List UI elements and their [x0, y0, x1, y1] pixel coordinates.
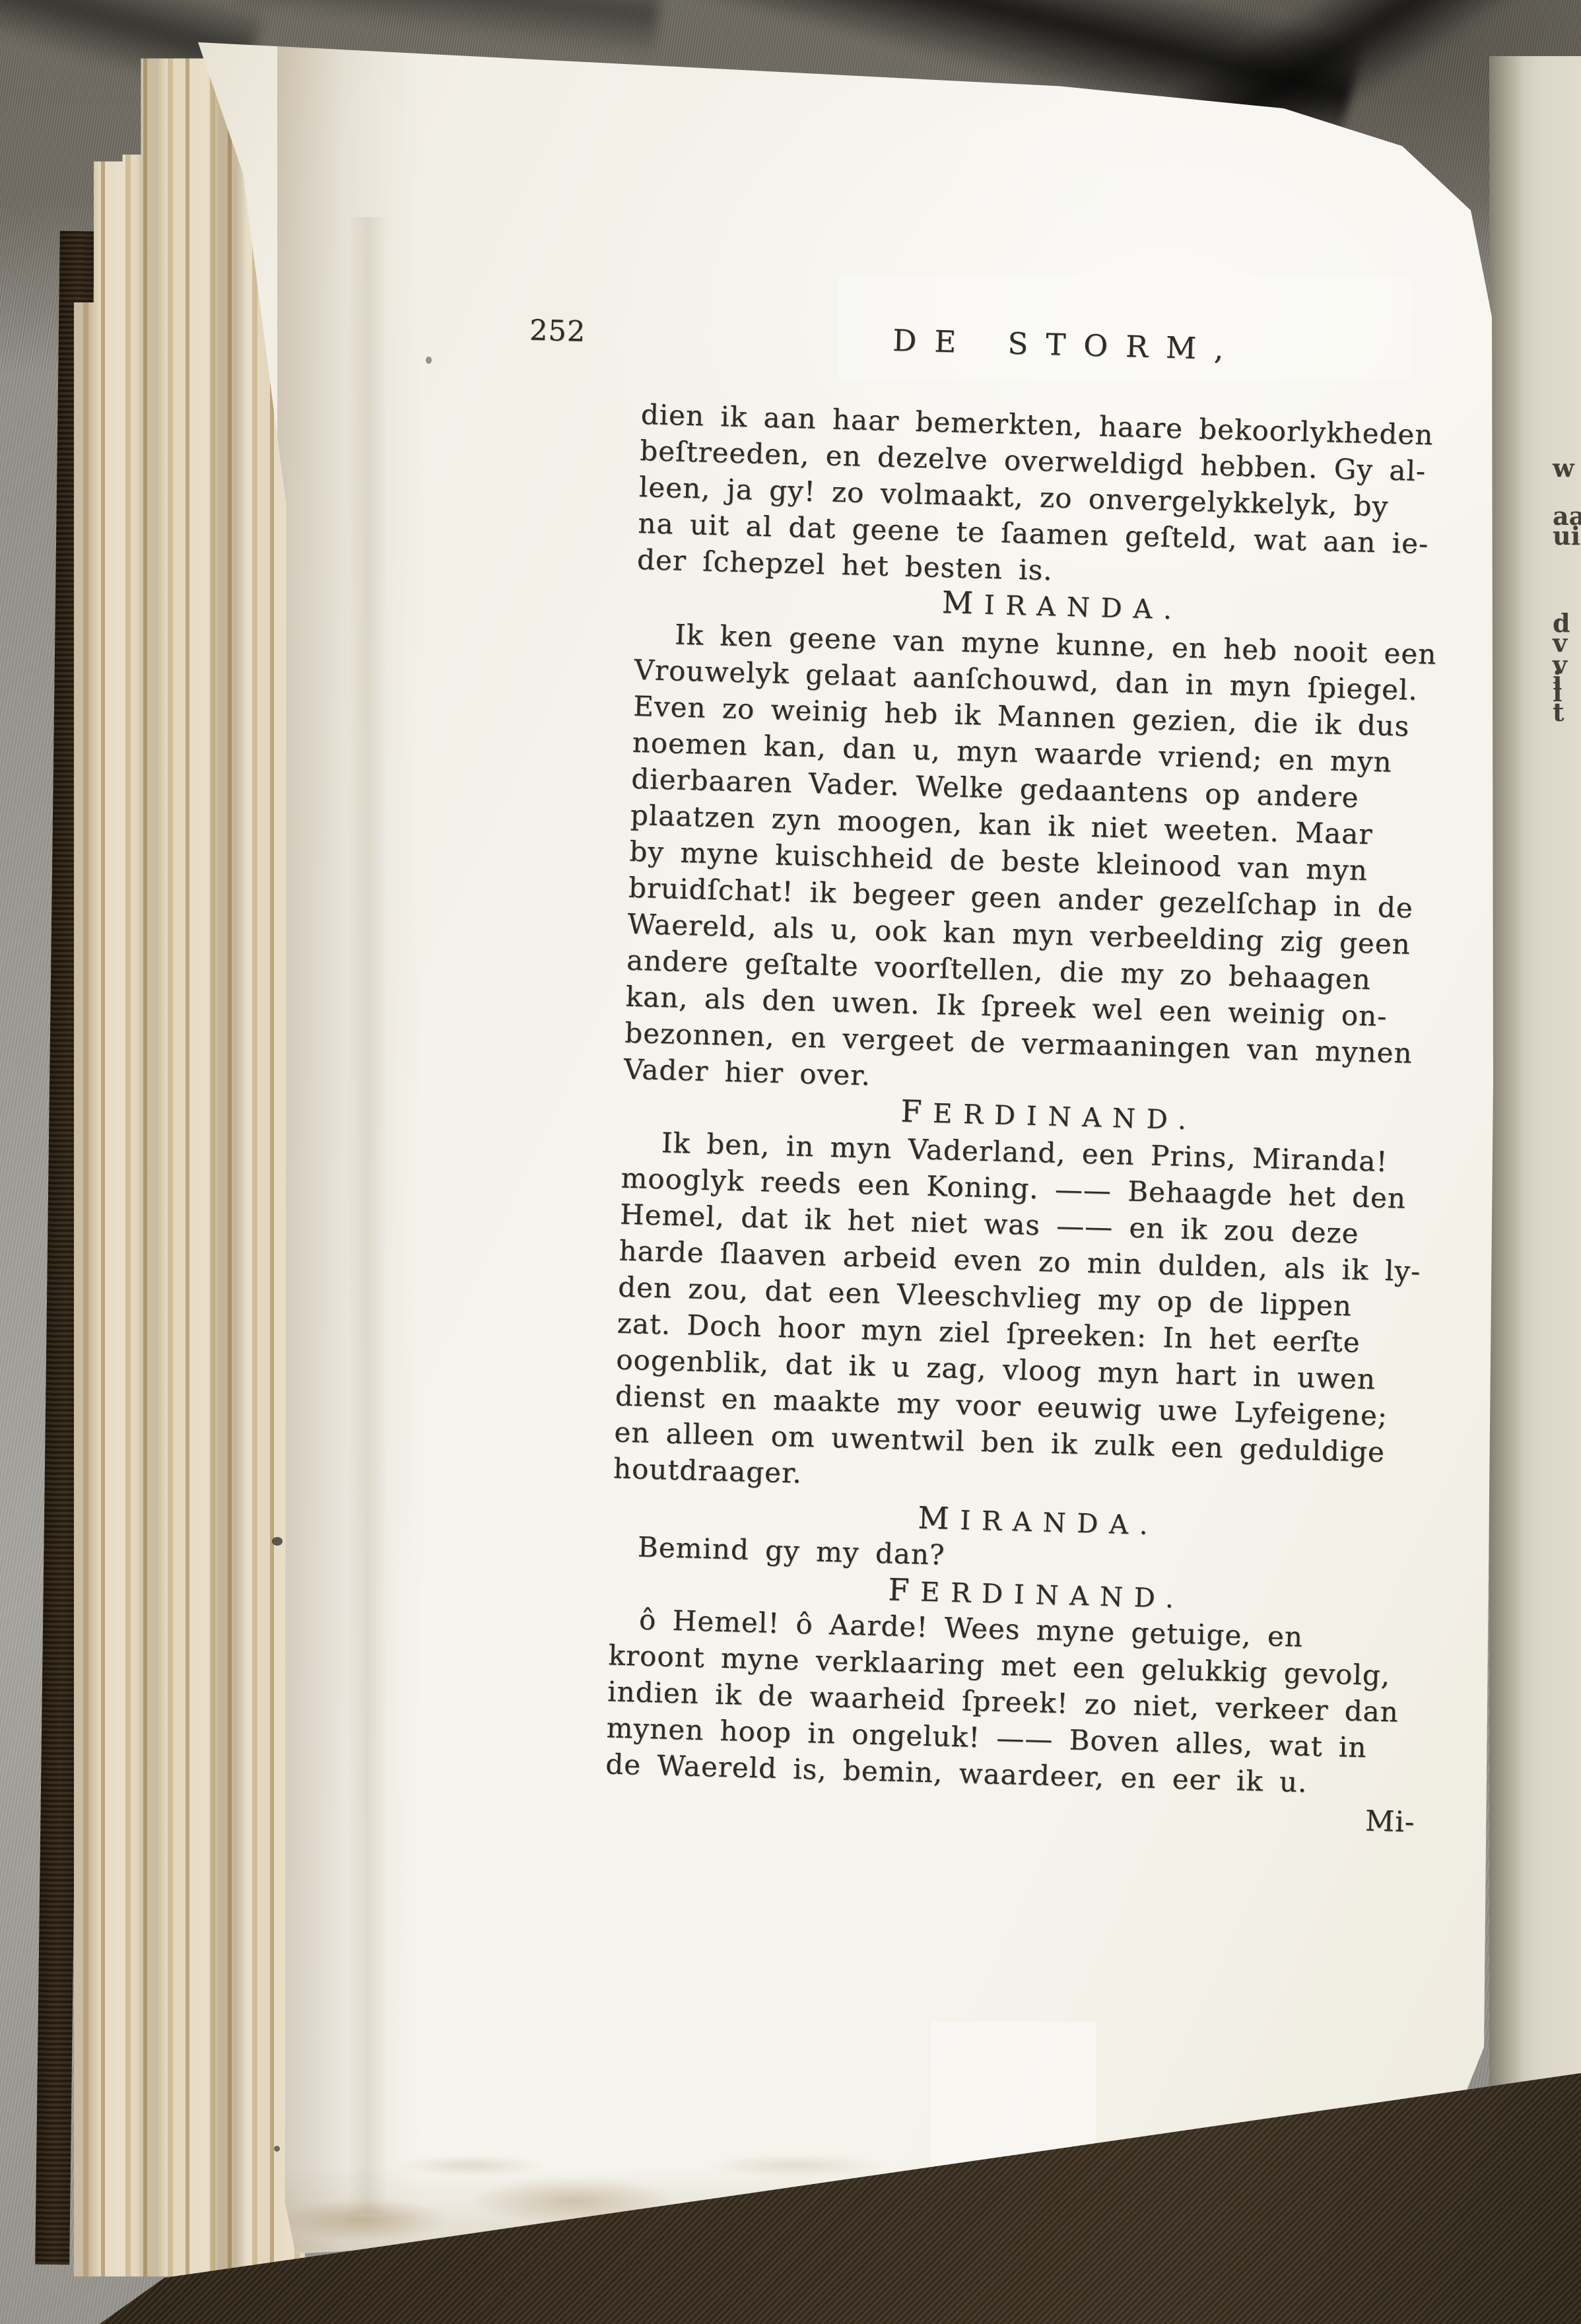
ink-speck [426, 357, 432, 364]
miranda-speech-paragraph: Ik ken geene van myne kunne, en heb nooi… [623, 615, 1465, 1109]
ink-speck [272, 1537, 283, 1546]
next-page-edge: w aa ui d v v i l t [1489, 56, 1581, 2149]
page-text-block: 252 DE STORM, dien ik aan haar bemerkten… [603, 310, 1474, 1870]
catchword: Mi- [1364, 1803, 1415, 1841]
ferdinand-speech-paragraph: Ik ben, in myn Vaderland, een Prins, Mir… [613, 1124, 1452, 1509]
dialogue-continuation-paragraph: dien ik aan haar bemerkten, haare bekoor… [636, 396, 1471, 599]
photo-of-open-book: w aa ui d v v i l t 252 DE STORM, dien i… [0, 0, 1581, 2324]
page-number: 252 [529, 312, 586, 350]
page-gutter-crease [348, 217, 387, 2214]
ink-speck [274, 2146, 280, 2152]
next-page-text-fragment: t [1553, 700, 1564, 725]
next-page-text-fragment: ui [1553, 524, 1580, 549]
next-page-text-fragment: w [1553, 456, 1574, 481]
ferdinand-speech-paragraph-2: ô Hemel! ô Aarde! Wees myne getuige, en … [605, 1600, 1440, 1804]
